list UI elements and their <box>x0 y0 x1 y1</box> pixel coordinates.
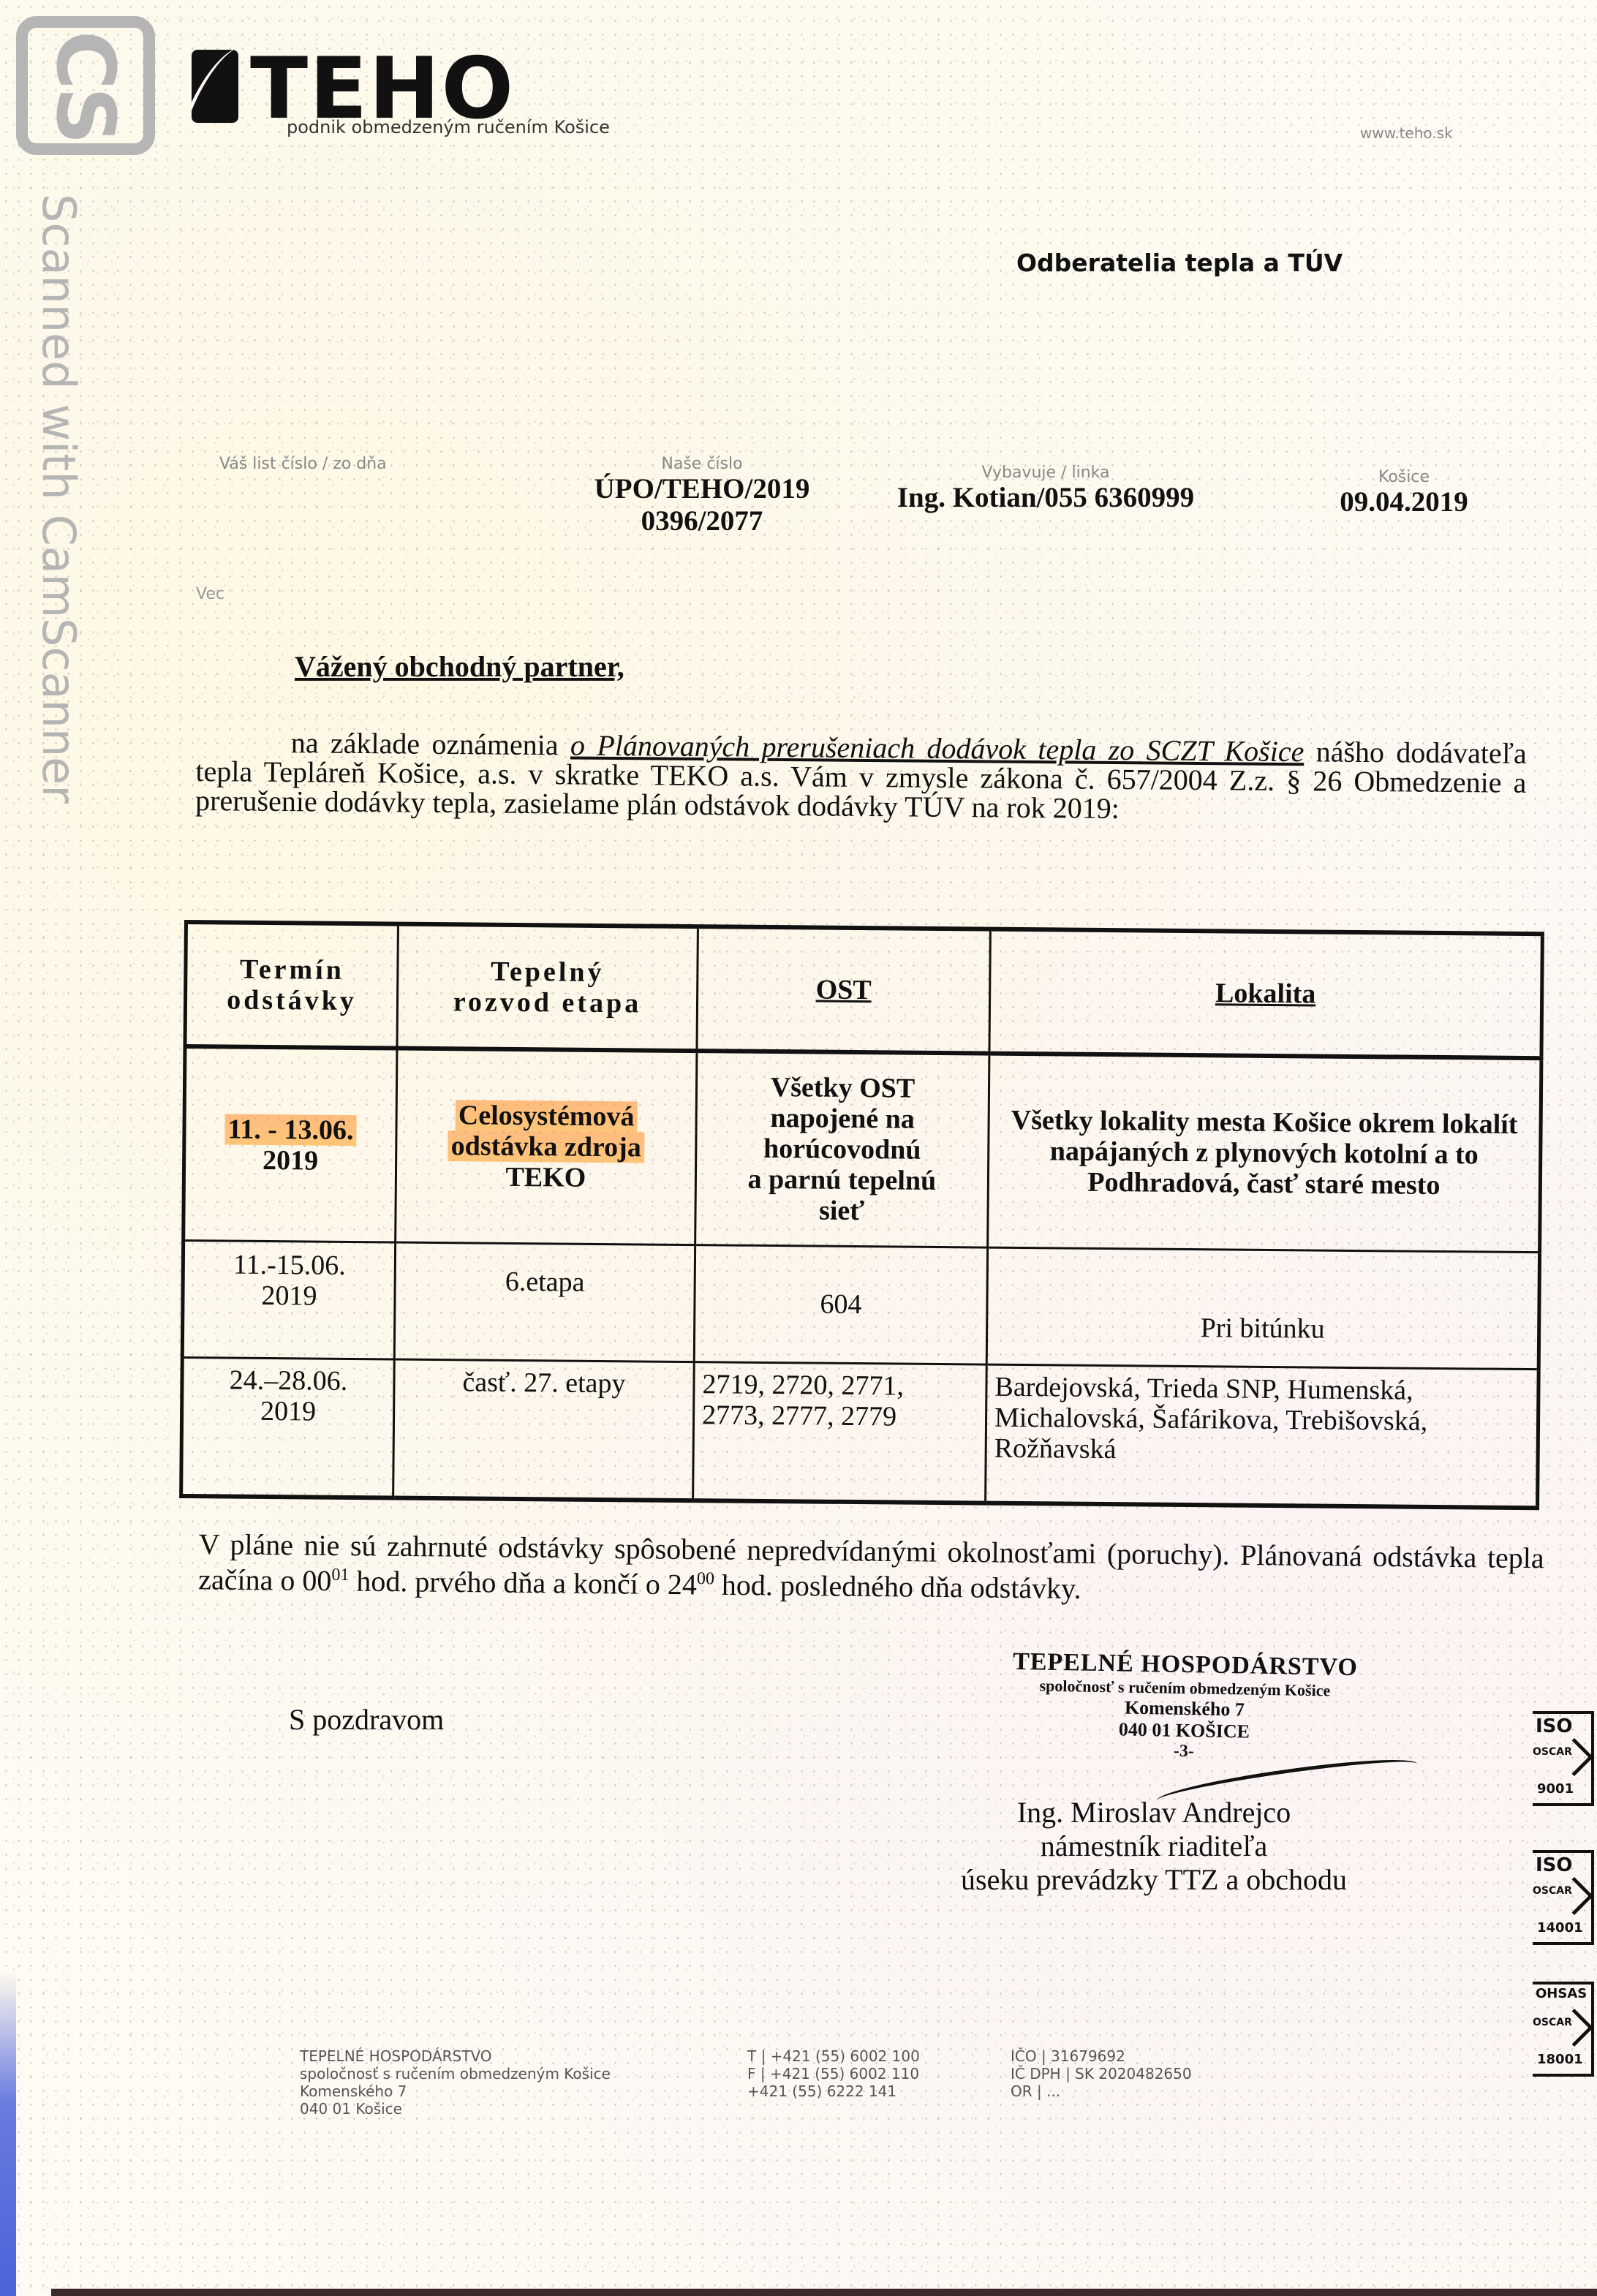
header-etapa: Tepelný rozvod etapa <box>397 924 698 1051</box>
footer-phone-2: +421 (55) 6222 141 <box>747 2082 920 2100</box>
ost-line3: horúcovodnú <box>704 1133 980 1166</box>
footer-phone: T | +421 (55) 6002 100 <box>747 2047 920 2065</box>
footer-company-line: Komenského 7 <box>300 2082 611 2100</box>
recipient: Odberatelia tepla a TÚV <box>1016 249 1343 277</box>
letter-date: Košice 09.04.2019 <box>1316 468 1492 518</box>
salutation: Vážený obchodný partner, <box>295 649 624 684</box>
footer-company: TEPELNÉ HOSPODÁRSTVO spoločnosť s ručení… <box>300 2047 611 2118</box>
iso-number: 18001 <box>1537 2052 1583 2067</box>
header-etapa-line2: rozvod etapa <box>406 986 689 1019</box>
date-label: Košice <box>1316 468 1492 486</box>
header-lokalita: Lokalita <box>989 929 1542 1059</box>
etapa-line2: odstávka zdroja <box>448 1130 644 1163</box>
etapa-line3: TEKO <box>404 1161 687 1194</box>
etapa-line1: Celosystémová <box>456 1100 638 1132</box>
cell-ost: Všetky OST napojené na horúcovodnú a par… <box>695 1051 989 1247</box>
term-date: 11. - 13.06. <box>224 1114 356 1147</box>
header-term: Termín odstávky <box>185 922 398 1049</box>
ost-line1: 2719, 2720, 2771, <box>702 1369 978 1402</box>
term-year: 2019 <box>193 1144 388 1177</box>
footer-company-line: TEPELNÉ HOSPODÁRSTVO <box>300 2047 611 2065</box>
camscanner-logo-icon: CS <box>16 16 155 155</box>
our-reference: Naše číslo ÚPO/TEHO/2019 0396/2077 <box>570 455 834 537</box>
date-value: 09.04.2019 <box>1316 486 1492 518</box>
cell-ost: 2719, 2720, 2771, 2773, 2777, 2779 <box>693 1362 987 1503</box>
intro-paragraph: na základe oznámenia o Plánovaných preru… <box>195 728 1527 827</box>
cell-etapa: 6.etapa <box>394 1242 695 1362</box>
our-reference-line1: ÚPO/TEHO/2019 <box>570 473 834 505</box>
camscanner-watermark: Scanned with CamScanner <box>22 194 95 804</box>
note-text-3: hod. posledného dňa odstávky. <box>714 1568 1081 1605</box>
header-ost: OST <box>697 926 990 1053</box>
cell-etapa: časť. 27. etapy <box>393 1359 695 1501</box>
company-stamp: TEPELNÉ HOSPODÁRSTVO spoločnosť s ručení… <box>964 1647 1405 1765</box>
table-row: 24.–28.06. 2019 časť. 27. etapy 2719, 27… <box>181 1357 1539 1508</box>
ost-line2: napojené na <box>704 1102 980 1135</box>
your-reference: Váš list číslo / zo dňa <box>219 455 387 473</box>
iso-14001-badge-icon: ISO OSCAR 14001 <box>1533 1850 1594 1945</box>
cell-term: 11. - 13.06. 2019 <box>184 1046 397 1242</box>
note-start-minute: 01 <box>331 1566 349 1585</box>
ost-line2: 2773, 2777, 2779 <box>702 1400 978 1432</box>
scan-edge-left <box>0 1974 16 2296</box>
cell-lokalita: Všetky lokality mesta Košice okrem lokal… <box>988 1054 1541 1253</box>
signer-department: úseku prevádzky TTZ a obchodu <box>927 1863 1381 1897</box>
footer-ic-dph: IČ DPH | SK 2020482650 <box>1011 2065 1192 2082</box>
ost-line4: a parnú tepelnú <box>704 1163 980 1196</box>
footer-company-line: spoločnosť s ručením obmedzeným Košice <box>300 2065 611 2082</box>
scanned-letter-page: CS Scanned with CamScanner TEHO podnik o… <box>0 0 1597 2296</box>
iso-label: ISO <box>1536 1854 1573 1876</box>
header-term-line2: odstávky <box>195 984 389 1016</box>
term-date: 24.–28.06. <box>191 1364 385 1397</box>
header-etapa-line1: Tepelný <box>406 956 689 989</box>
header-ost-text: OST <box>815 975 871 1006</box>
scan-edge-bottom <box>51 2289 1597 2296</box>
handler-value: Ing. Kotian/055 6360999 <box>870 482 1221 514</box>
cell-term: 24.–28.06. 2019 <box>181 1357 395 1498</box>
header-term-line1: Termín <box>195 953 389 986</box>
cell-etapa: Celosystémová odstávka zdroja TEKO <box>396 1049 697 1245</box>
cell-lokalita: Pri bitúnku <box>986 1247 1539 1370</box>
note-text-2: hod. prvého dňa a končí o 24 <box>349 1564 697 1601</box>
signer-title: námestník riaditeľa <box>927 1829 1381 1863</box>
table-row: 11. - 13.06. 2019 Celosystémová odstávka… <box>184 1046 1541 1252</box>
cell-lokalita: Bardejovská, Trieda SNP, Humenská, Micha… <box>986 1364 1539 1508</box>
signer-name: Ing. Miroslav Andrejco <box>927 1796 1381 1829</box>
iso-label: OHSAS <box>1536 1986 1587 2001</box>
ohsas-18001-badge-icon: OHSAS OSCAR 18001 <box>1533 1982 1594 2077</box>
footer-or: OR | ... <box>1011 2082 1192 2100</box>
note-paragraph: V pláne nie sú zahrnuté odstávky spôsobe… <box>198 1530 1544 1609</box>
term-date: 11.-15.06. <box>192 1249 387 1281</box>
table-header-row: Termín odstávky Tepelný rozvod etapa OST… <box>185 922 1542 1058</box>
footer-contact: T | +421 (55) 6002 100 F | +421 (55) 600… <box>747 2047 920 2100</box>
table-row: 11.-15.06. 2019 6.etapa 604 Pri bitúnku <box>182 1240 1539 1369</box>
iso-label: ISO <box>1536 1715 1573 1737</box>
term-year: 2019 <box>191 1395 385 1427</box>
subject-label: Vec <box>196 585 224 603</box>
footer-ids: IČO | 31679692 IČ DPH | SK 2020482650 OR… <box>1011 2047 1192 2100</box>
corner-note: www.teho.sk <box>1360 124 1453 142</box>
ost-line5: sieť <box>703 1194 979 1227</box>
cell-term: 11.-15.06. 2019 <box>182 1240 395 1359</box>
signer-block: Ing. Miroslav Andrejco námestník riadite… <box>927 1796 1381 1897</box>
note-end-minute: 00 <box>697 1569 714 1588</box>
footer-fax: F | +421 (55) 6002 110 <box>747 2065 920 2082</box>
iso-number: 9001 <box>1537 1781 1574 1797</box>
handler: Vybavuje / linka Ing. Kotian/055 6360999 <box>870 464 1221 514</box>
term-year: 2019 <box>192 1280 386 1312</box>
footer-company-line: 040 01 Košice <box>300 2100 611 2118</box>
teho-logo-mark-icon <box>192 50 238 123</box>
iso-9001-badge-icon: ISO OSCAR 9001 <box>1533 1711 1594 1806</box>
our-reference-line2: 0396/2077 <box>570 505 834 537</box>
our-reference-label: Naše číslo <box>570 455 834 473</box>
iso-number: 14001 <box>1537 1920 1583 1936</box>
camscanner-badge-text: CS <box>39 31 132 140</box>
header-lokalita-text: Lokalita <box>1215 978 1316 1009</box>
cell-ost: 604 <box>694 1245 987 1364</box>
closing-greeting: S pozdravom <box>289 1702 444 1737</box>
ost-line1: Všetky OST <box>705 1071 981 1104</box>
your-reference-label: Váš list číslo / zo dňa <box>219 455 387 473</box>
footer-ico: IČO | 31679692 <box>1011 2047 1192 2065</box>
handler-label: Vybavuje / linka <box>870 464 1221 482</box>
outage-schedule-table: Termín odstávky Tepelný rozvod etapa OST… <box>179 920 1544 1510</box>
brand-tagline: podnik obmedzeným ručením Košice <box>287 117 610 137</box>
